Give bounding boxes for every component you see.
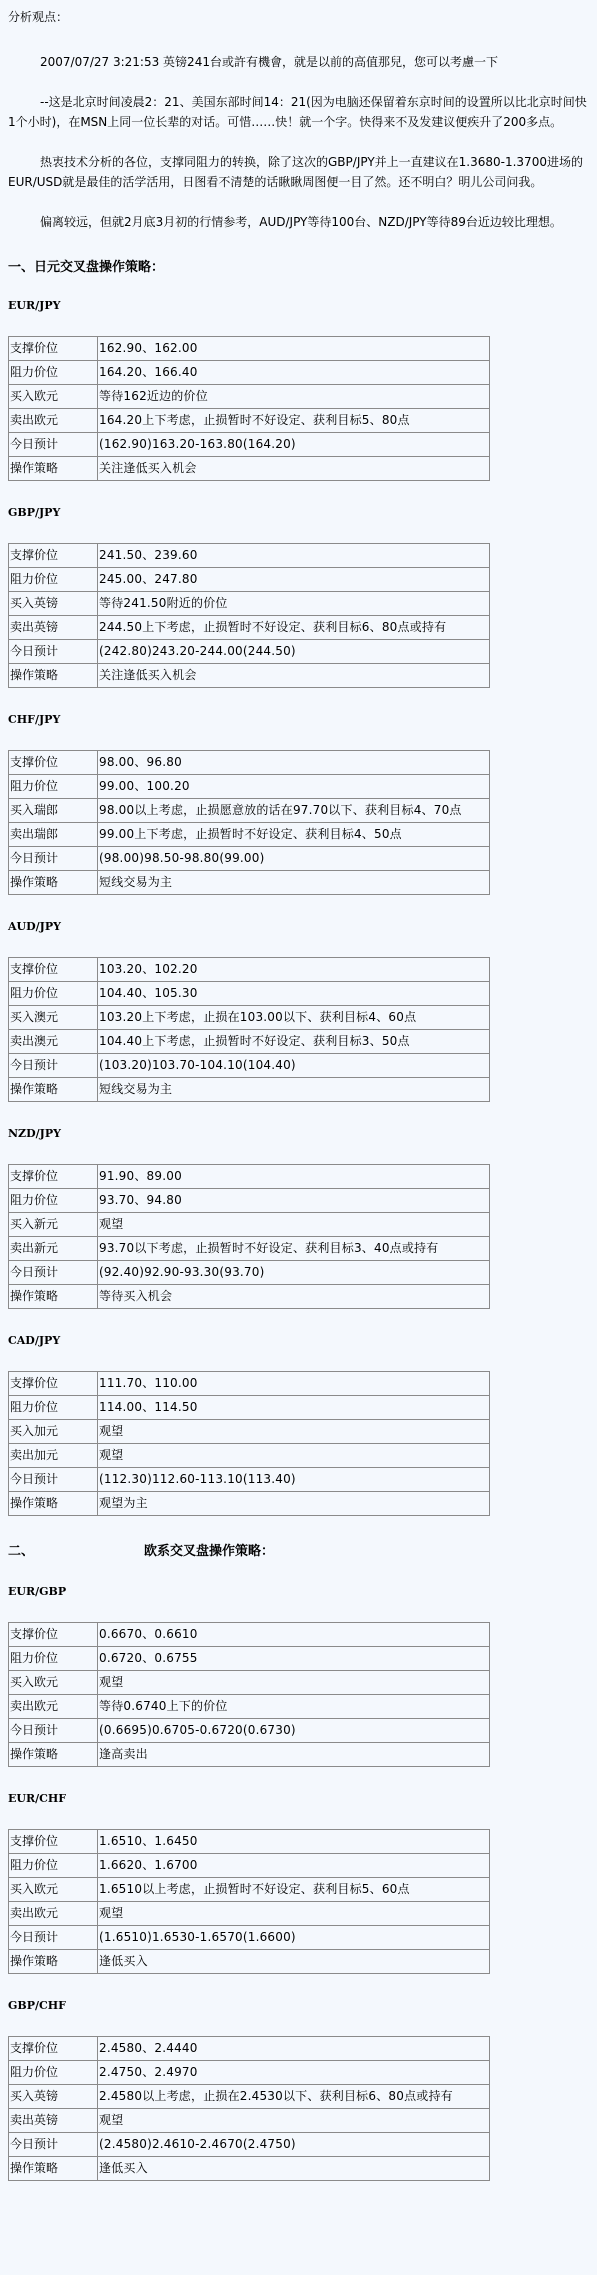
strategy-table: 支撑价位98.00、96.80阻力价位99.00、100.20买入瑞郎98.00… [8,750,490,895]
intro-paragraph-3: 偏离较远，但就2月底3月初的行情参考，AUD/JPY等待100台、NZD/JPY… [8,212,589,232]
table-row: 操作策略短线交易为主 [9,1078,490,1102]
table-row: 支撑价位103.20、102.20 [9,958,490,982]
row-label: 卖出英镑 [9,616,98,640]
row-value: 1.6510以上考虑，止损暂时不好设定、获利目标5、60点 [98,1878,490,1902]
table-row: 阻力价位0.6720、0.6755 [9,1647,490,1671]
row-value: 164.20上下考虑，止损暂时不好设定、获利目标5、80点 [98,409,490,433]
row-value: 93.70以下考虑，止损暂时不好设定、获利目标3、40点或持有 [98,1237,490,1261]
table-row: 操作策略逢低买入 [9,1950,490,1974]
table-row: 支撑价位111.70、110.00 [9,1372,490,1396]
table-row: 操作策略关注逢低买入机会 [9,457,490,481]
row-label: 支撑价位 [9,2037,98,2061]
table-row: 支撑价位241.50、239.60 [9,544,490,568]
row-value: 等待241.50附近的价位 [98,592,490,616]
row-label: 阻力价位 [9,568,98,592]
row-value: 短线交易为主 [98,871,490,895]
row-label: 卖出英镑 [9,2109,98,2133]
table-row: 阻力价位2.4750、2.4970 [9,2061,490,2085]
table-row: 买入澳元103.20上下考虑，止损在103.00以下、获利目标4、60点 [9,1006,490,1030]
row-value: 等待买入机会 [98,1285,490,1309]
strategy-table: 支撑价位111.70、110.00阻力价位114.00、114.50买入加元观望… [8,1371,490,1516]
row-label: 卖出欧元 [9,1902,98,1926]
row-label: 卖出瑞郎 [9,823,98,847]
table-row: 今日预计(1.6510)1.6530-1.6570(1.6600) [9,1926,490,1950]
row-label: 操作策略 [9,1492,98,1516]
strategy-table: 支撑价位0.6670、0.6610阻力价位0.6720、0.6755买入欧元观望… [8,1622,490,1767]
currency-pair-title: GBP/JPY [8,505,589,521]
row-label: 卖出加元 [9,1444,98,1468]
row-value: 0.6670、0.6610 [98,1623,490,1647]
strategy-table: 支撑价位103.20、102.20阻力价位104.40、105.30买入澳元10… [8,957,490,1102]
row-value: (98.00)98.50-98.80(99.00) [98,847,490,871]
row-value: 2.4580以上考虑，止损在2.4530以下、获利目标6、80点或持有 [98,2085,490,2109]
row-value: 观望 [98,2109,490,2133]
row-label: 支撑价位 [9,544,98,568]
table-row: 买入新元观望 [9,1213,490,1237]
table-row: 阻力价位164.20、166.40 [9,361,490,385]
table-row: 今日预计(112.30)112.60-113.10(113.40) [9,1468,490,1492]
row-value: 观望 [98,1444,490,1468]
row-label: 操作策略 [9,457,98,481]
row-label: 操作策略 [9,1743,98,1767]
row-value: 162.90、162.00 [98,337,490,361]
row-label: 支撑价位 [9,751,98,775]
row-value: 等待0.6740上下的价位 [98,1695,490,1719]
strategy-table: 支撑价位162.90、162.00阻力价位164.20、166.40买入欧元等待… [8,336,490,481]
row-value: 245.00、247.80 [98,568,490,592]
row-label: 今日预计 [9,847,98,871]
row-value: 逢高卖出 [98,1743,490,1767]
row-value: 短线交易为主 [98,1078,490,1102]
table-row: 卖出欧元观望 [9,1902,490,1926]
row-label: 买入英镑 [9,2085,98,2109]
row-label: 操作策略 [9,871,98,895]
row-value: 观望 [98,1671,490,1695]
row-value: 观望 [98,1902,490,1926]
row-label: 今日预计 [9,1926,98,1950]
row-value: (1.6510)1.6530-1.6570(1.6600) [98,1926,490,1950]
table-row: 卖出英镑244.50上下考虑，止损暂时不好设定、获利目标6、80点或持有 [9,616,490,640]
table-row: 买入瑞郎98.00以上考虑，止损愿意放的话在97.70以下、获利目标4、70点 [9,799,490,823]
row-value: 111.70、110.00 [98,1372,490,1396]
table-row: 阻力价位1.6620、1.6700 [9,1854,490,1878]
row-value: 104.40上下考虑，止损暂时不好设定、获利目标3、50点 [98,1030,490,1054]
table-row: 今日预计(103.20)103.70-104.10(104.40) [9,1054,490,1078]
row-label: 阻力价位 [9,361,98,385]
table-row: 卖出澳元104.40上下考虑，止损暂时不好设定、获利目标3、50点 [9,1030,490,1054]
table-row: 今日预计(162.90)163.20-163.80(164.20) [9,433,490,457]
table-row: 今日预计(242.80)243.20-244.00(244.50) [9,640,490,664]
row-value: 1.6510、1.6450 [98,1830,490,1854]
row-value: 1.6620、1.6700 [98,1854,490,1878]
table-row: 支撑价位91.90、89.00 [9,1165,490,1189]
row-label: 今日预计 [9,1054,98,1078]
section-title-text: 欧系交叉盘操作策略： [144,1544,274,1559]
row-label: 支撑价位 [9,337,98,361]
table-row: 操作策略关注逢低买入机会 [9,664,490,688]
intro-paragraph-2: 热衷技术分析的各位，支撑同阻力的转换，除了这次的GBP/JPY并上一直建议在1.… [8,152,589,192]
table-row: 卖出新元93.70以下考虑，止损暂时不好设定、获利目标3、40点或持有 [9,1237,490,1261]
row-label: 操作策略 [9,664,98,688]
table-row: 阻力价位104.40、105.30 [9,982,490,1006]
row-label: 买入欧元 [9,385,98,409]
table-row: 今日预计(2.4580)2.4610-2.4670(2.4750) [9,2133,490,2157]
row-value: (2.4580)2.4610-2.4670(2.4750) [98,2133,490,2157]
row-value: 99.00上下考虑，止损暂时不好设定、获利目标4、50点 [98,823,490,847]
row-label: 今日预计 [9,433,98,457]
row-value: 241.50、239.60 [98,544,490,568]
row-value: 等待162近边的价位 [98,385,490,409]
row-label: 今日预计 [9,1719,98,1743]
table-row: 今日预计(98.00)98.50-98.80(99.00) [9,847,490,871]
row-value: 关注逢低买入机会 [98,664,490,688]
row-value: (92.40)92.90-93.30(93.70) [98,1261,490,1285]
analysis-label: 分析观点： [8,0,589,27]
table-row: 买入欧元观望 [9,1671,490,1695]
row-value: (103.20)103.70-104.10(104.40) [98,1054,490,1078]
table-row: 支撑价位162.90、162.00 [9,337,490,361]
table-row: 买入英镑等待241.50附近的价位 [9,592,490,616]
row-label: 买入新元 [9,1213,98,1237]
section-title-text: 日元交叉盘操作策略： [34,260,164,275]
row-value: 关注逢低买入机会 [98,457,490,481]
row-label: 支撑价位 [9,958,98,982]
row-label: 卖出欧元 [9,409,98,433]
row-label: 操作策略 [9,1950,98,1974]
row-value: 逢低买入 [98,1950,490,1974]
row-label: 阻力价位 [9,1396,98,1420]
table-row: 买入欧元1.6510以上考虑，止损暂时不好设定、获利目标5、60点 [9,1878,490,1902]
table-row: 阻力价位93.70、94.80 [9,1189,490,1213]
table-row: 卖出欧元等待0.6740上下的价位 [9,1695,490,1719]
table-row: 卖出加元观望 [9,1444,490,1468]
row-label: 操作策略 [9,1078,98,1102]
table-row: 操作策略观望为主 [9,1492,490,1516]
table-row: 操作策略逢低买入 [9,2157,490,2181]
row-value: 2.4580、2.4440 [98,2037,490,2061]
row-value: (112.30)112.60-113.10(113.40) [98,1468,490,1492]
intro-paragraph-1: --这是北京时间凌晨2：21、美国东部时间14：21(因为电脑还保留着东京时间的… [8,92,589,132]
table-row: 操作策略等待买入机会 [9,1285,490,1309]
row-label: 卖出欧元 [9,1695,98,1719]
table-row: 阻力价位99.00、100.20 [9,775,490,799]
table-row: 操作策略逢高卖出 [9,1743,490,1767]
row-label: 买入加元 [9,1420,98,1444]
row-value: (162.90)163.20-163.80(164.20) [98,433,490,457]
table-row: 卖出瑞郎99.00上下考虑，止损暂时不好设定、获利目标4、50点 [9,823,490,847]
section-title: 一、日元交叉盘操作策略： [8,256,589,276]
row-value: 114.00、114.50 [98,1396,490,1420]
article: 分析观点： 2007/07/27 3:21:53 英镑241台或許有機會，就是以… [0,0,597,2181]
row-value: 99.00、100.20 [98,775,490,799]
currency-pair-title: EUR/GBP [8,1584,589,1600]
row-value: (0.6695)0.6705-0.6720(0.6730) [98,1719,490,1743]
row-value: 244.50上下考虑，止损暂时不好设定、获利目标6、80点或持有 [98,616,490,640]
quote-line: 2007/07/27 3:21:53 英镑241台或許有機會，就是以前的高值那兒… [8,52,589,72]
row-label: 卖出新元 [9,1237,98,1261]
currency-pair-title: EUR/JPY [8,298,589,314]
row-label: 今日预计 [9,640,98,664]
row-label: 买入英镑 [9,592,98,616]
row-value: 0.6720、0.6755 [98,1647,490,1671]
table-row: 阻力价位245.00、247.80 [9,568,490,592]
row-label: 今日预计 [9,1468,98,1492]
row-value: 103.20、102.20 [98,958,490,982]
currency-pair-title: NZD/JPY [8,1126,589,1142]
row-label: 阻力价位 [9,1189,98,1213]
table-row: 支撑价位2.4580、2.4440 [9,2037,490,2061]
strategy-table: 支撑价位241.50、239.60阻力价位245.00、247.80买入英镑等待… [8,543,490,688]
row-label: 买入澳元 [9,1006,98,1030]
currency-pair-title: GBP/CHF [8,1998,589,2014]
currency-pair-title: AUD/JPY [8,919,589,935]
currency-pair-title: CAD/JPY [8,1333,589,1349]
strategy-table: 支撑价位1.6510、1.6450阻力价位1.6620、1.6700买入欧元1.… [8,1829,490,1974]
table-row: 卖出欧元164.20上下考虑，止损暂时不好设定、获利目标5、80点 [9,409,490,433]
row-label: 支撑价位 [9,1165,98,1189]
table-row: 买入欧元等待162近边的价位 [9,385,490,409]
table-row: 支撑价位0.6670、0.6610 [9,1623,490,1647]
table-row: 买入加元观望 [9,1420,490,1444]
row-label: 操作策略 [9,1285,98,1309]
row-value: (242.80)243.20-244.00(244.50) [98,640,490,664]
table-row: 买入英镑2.4580以上考虑，止损在2.4530以下、获利目标6、80点或持有 [9,2085,490,2109]
row-label: 支撑价位 [9,1372,98,1396]
row-label: 阻力价位 [9,775,98,799]
strategy-sections: 一、日元交叉盘操作策略：EUR/JPY支撑价位162.90、162.00阻力价位… [8,256,589,2181]
section-title: 二、欧系交叉盘操作策略： [8,1540,589,1560]
table-row: 支撑价位98.00、96.80 [9,751,490,775]
row-value: 观望为主 [98,1492,490,1516]
table-row: 阻力价位114.00、114.50 [9,1396,490,1420]
table-row: 今日预计(0.6695)0.6705-0.6720(0.6730) [9,1719,490,1743]
row-value: 104.40、105.30 [98,982,490,1006]
row-label: 买入欧元 [9,1878,98,1902]
row-label: 操作策略 [9,2157,98,2181]
row-value: 91.90、89.00 [98,1165,490,1189]
table-row: 支撑价位1.6510、1.6450 [9,1830,490,1854]
row-value: 观望 [98,1420,490,1444]
row-value: 98.00以上考虑，止损愿意放的话在97.70以下、获利目标4、70点 [98,799,490,823]
table-row: 今日预计(92.40)92.90-93.30(93.70) [9,1261,490,1285]
row-label: 阻力价位 [9,982,98,1006]
row-value: 98.00、96.80 [98,751,490,775]
row-value: 164.20、166.40 [98,361,490,385]
row-value: 93.70、94.80 [98,1189,490,1213]
section-title-prefix: 一、 [8,260,34,275]
table-row: 卖出英镑观望 [9,2109,490,2133]
strategy-table: 支撑价位91.90、89.00阻力价位93.70、94.80买入新元观望卖出新元… [8,1164,490,1309]
row-label: 卖出澳元 [9,1030,98,1054]
table-row: 操作策略短线交易为主 [9,871,490,895]
row-label: 买入瑞郎 [9,799,98,823]
section-title-prefix: 二、 [8,1544,34,1559]
row-value: 观望 [98,1213,490,1237]
row-value: 2.4750、2.4970 [98,2061,490,2085]
row-value: 103.20上下考虑，止损在103.00以下、获利目标4、60点 [98,1006,490,1030]
currency-pair-title: CHF/JPY [8,712,589,728]
row-label: 支撑价位 [9,1830,98,1854]
row-value: 逢低买入 [98,2157,490,2181]
row-label: 今日预计 [9,1261,98,1285]
strategy-table: 支撑价位2.4580、2.4440阻力价位2.4750、2.4970买入英镑2.… [8,2036,490,2181]
currency-pair-title: EUR/CHF [8,1791,589,1807]
row-label: 阻力价位 [9,2061,98,2085]
row-label: 今日预计 [9,2133,98,2157]
row-label: 阻力价位 [9,1647,98,1671]
row-label: 买入欧元 [9,1671,98,1695]
row-label: 支撑价位 [9,1623,98,1647]
row-label: 阻力价位 [9,1854,98,1878]
